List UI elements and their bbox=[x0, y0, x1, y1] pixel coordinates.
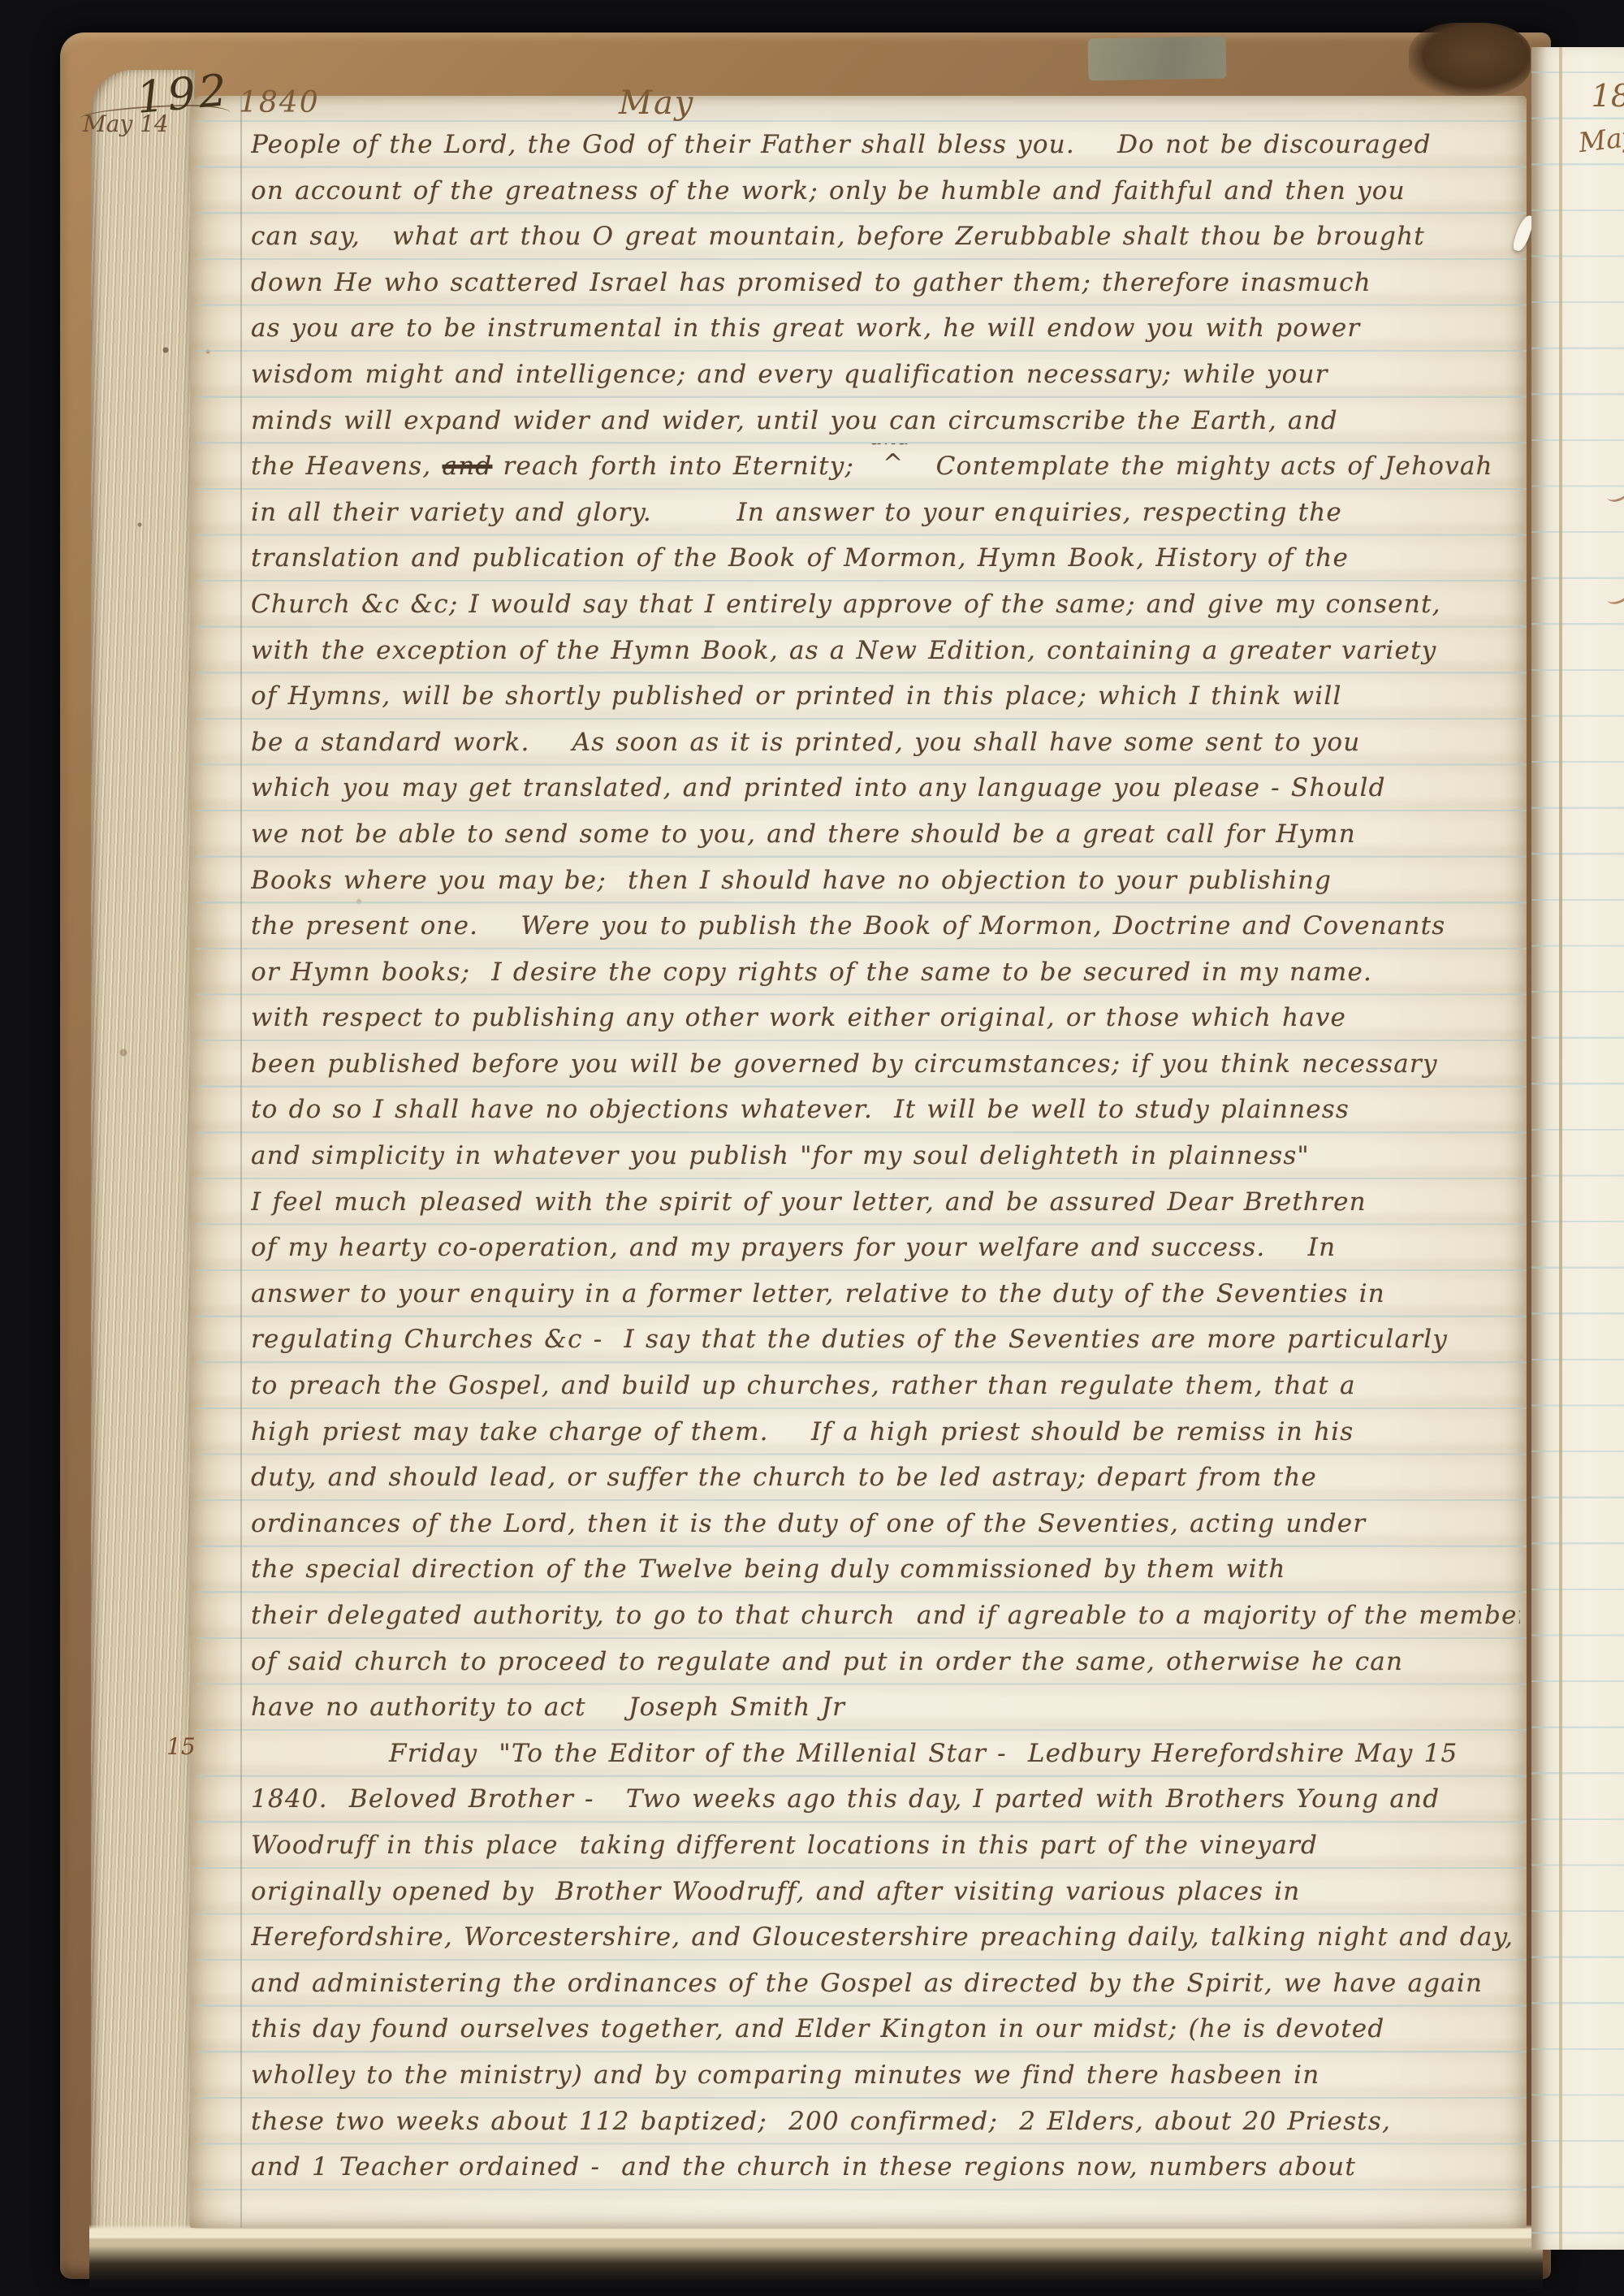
facing-page-ink-mark bbox=[1604, 482, 1624, 504]
cover-corner-fray bbox=[1409, 23, 1531, 96]
facing-page-month: May bbox=[1577, 120, 1624, 158]
manuscript-line: or Hymn books; I desire the copy rights … bbox=[251, 949, 1520, 996]
manuscript-lines: May 14People of the Lord, the God of the… bbox=[251, 122, 1520, 2190]
page-edges-stack bbox=[91, 70, 195, 2256]
manuscript-line: the Heavens, and reach forth into Eterni… bbox=[251, 443, 1520, 490]
manuscript-line: be a standard work. As soon as it is pri… bbox=[251, 720, 1520, 766]
manuscript-line: these two weeks about 112 baptized; 200 … bbox=[251, 2099, 1520, 2145]
facing-page-year: 18 bbox=[1592, 78, 1624, 114]
manuscript-line: and administering the ordinances of the … bbox=[251, 1961, 1520, 2007]
manuscript-line: duty, and should lead, or suffer the chu… bbox=[251, 1455, 1520, 1501]
manuscript-line: originally opened by Brother Woodruff, a… bbox=[251, 1869, 1520, 1915]
manuscript-line: this day found ourselves together, and E… bbox=[251, 2006, 1520, 2052]
manuscript-line: regulating Churches &c - I say that the … bbox=[251, 1317, 1520, 1363]
manuscript-line: I feel much pleased with the spirit of y… bbox=[251, 1179, 1520, 1226]
margin-date: 15 bbox=[166, 1733, 196, 1760]
manuscript-line: Friday "To the Editor of the Millenial S… bbox=[251, 1731, 1520, 1777]
month-header: May bbox=[619, 84, 694, 122]
manuscript-line: and simplicity in whatever you publish "… bbox=[251, 1133, 1520, 1179]
manuscript-line: People of the Lord, the God of their Fat… bbox=[251, 122, 1520, 168]
manuscript-line: high priest may take charge of them. If … bbox=[251, 1409, 1520, 1455]
binding-tape-patch bbox=[1088, 37, 1227, 81]
manuscript-scan: 1840 May May 14People of the Lord, the G… bbox=[0, 0, 1624, 2296]
manuscript-line: which you may get translated, and printe… bbox=[251, 765, 1520, 811]
manuscript-line: and 1 Teacher ordained - and the church … bbox=[251, 2144, 1520, 2190]
manuscript-line: Church &c &c; I would say that I entirel… bbox=[251, 582, 1520, 628]
manuscript-line: Books where you may be; then I should ha… bbox=[251, 858, 1520, 904]
manuscript-line: to preach the Gospel, and build up churc… bbox=[251, 1363, 1520, 1409]
manuscript-line: their delegated authority, to go to that… bbox=[251, 1593, 1520, 1639]
facing-page-ink-mark bbox=[1604, 584, 1624, 607]
manuscript-line: as you are to be instrumental in this gr… bbox=[251, 305, 1520, 352]
struck-word: and bbox=[443, 452, 493, 481]
manuscript-line: in all their variety and glory. In answe… bbox=[251, 490, 1520, 536]
manuscript-line: been published before you will be govern… bbox=[251, 1041, 1520, 1087]
manuscript-line: the present one. Were you to publish the… bbox=[251, 903, 1520, 949]
manuscript-line: translation and publication of the Book … bbox=[251, 535, 1520, 582]
bottom-torn-edge bbox=[89, 2218, 1543, 2288]
caret-insertion: and^ bbox=[865, 449, 925, 474]
manuscript-line: to do so I shall have no objections what… bbox=[251, 1087, 1520, 1133]
manuscript-line: with the exception of the Hymn Book, as … bbox=[251, 628, 1520, 674]
facing-page-crease bbox=[1559, 47, 1562, 2250]
manuscript-line: of my hearty co-operation, and my prayer… bbox=[251, 1225, 1520, 1271]
facing-ruled-lines bbox=[1531, 47, 1624, 2250]
year-header: 1840 bbox=[239, 86, 320, 119]
manuscript-line: Woodruff in this place taking different … bbox=[251, 1823, 1520, 1869]
manuscript-line: have no authority to act Joseph Smith Jr bbox=[251, 1684, 1520, 1731]
manuscript-line: can say, what art thou O great mountain,… bbox=[251, 214, 1520, 260]
manuscript-line: of said church to proceed to regulate an… bbox=[251, 1639, 1520, 1685]
manuscript-line: 1840. Beloved Brother - Two weeks ago th… bbox=[251, 1776, 1520, 1823]
manuscript-line: ordinances of the Lord, then it is the d… bbox=[251, 1501, 1520, 1547]
manuscript-line: answer to your enquiry in a former lette… bbox=[251, 1271, 1520, 1317]
manuscript-line: down He who scattered Israel has promise… bbox=[251, 260, 1520, 306]
manuscript-line: minds will expand wider and wider, until… bbox=[251, 398, 1520, 444]
manuscript-line: wisdom might and intelligence; and every… bbox=[251, 352, 1520, 398]
manuscript-line: on account of the greatness of the work;… bbox=[251, 168, 1520, 214]
manuscript-line: of Hymns, will be shortly published or p… bbox=[251, 673, 1520, 720]
manuscript-line: with respect to publishing any other wor… bbox=[251, 995, 1520, 1041]
manuscript-line: we not be able to send some to you, and … bbox=[251, 811, 1520, 858]
page-number: 192 bbox=[134, 64, 231, 123]
journal-page: 1840 May May 14People of the Lord, the G… bbox=[190, 96, 1527, 2228]
facing-page: 18 May bbox=[1531, 47, 1624, 2250]
manuscript-line: wholley to the ministry) and by comparin… bbox=[251, 2052, 1520, 2099]
manuscript-line: Herefordshire, Worcestershire, and Glouc… bbox=[251, 1914, 1520, 1961]
margin-rule-line bbox=[240, 96, 242, 2228]
manuscript-line: the special direction of the Twelve bein… bbox=[251, 1546, 1520, 1593]
